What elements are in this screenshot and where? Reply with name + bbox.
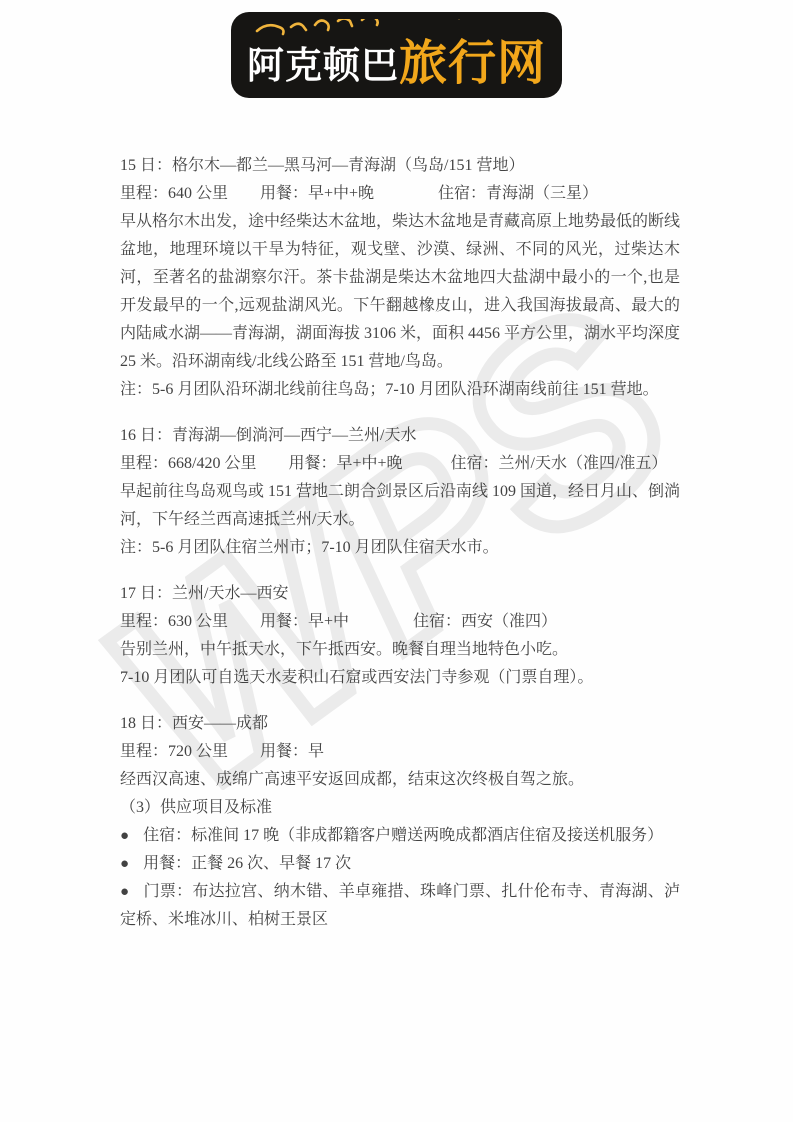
day17-title: 17 日：兰州/天水—西安 (120, 580, 680, 608)
logo-area: 阿克顿巴 旅行网 (0, 0, 793, 98)
day16-meta: 里程：668/420 公里 用餐：早+中+晚 住宿：兰州/天水（准四/准五） (120, 450, 680, 478)
day15-meta: 里程：640 公里 用餐：早+中+晚 住宿：青海湖（三星） (120, 180, 680, 208)
document-page: WPS 阿克顿巴 旅行网 15 日：格尔木—都兰—黑马河—青海湖（鸟岛/151 … (0, 0, 793, 1122)
day18-meta: 里程：720 公里 用餐：早 (120, 738, 680, 766)
bullet-icon: ● (120, 828, 129, 844)
supply-item-meals-text: 用餐：正餐 26 次、早餐 17 次 (143, 855, 351, 872)
supply-item-tickets-text: 门票：布达拉宫、纳木错、羊卓雍措、珠峰门票、扎什伦布寺、青海湖、泸定桥、米堆冰川… (120, 883, 680, 928)
supply-item-meals: ● 用餐：正餐 26 次、早餐 17 次 (120, 850, 680, 878)
itinerary-content: 15 日：格尔木—都兰—黑马河—青海湖（鸟岛/151 营地） 里程：640 公里… (0, 98, 793, 934)
closing-remark: 经西汉高速、成绵广高速平安返回成都，结束这次终极自驾之旅。 (120, 766, 680, 794)
day16-title: 16 日：青海湖—倒淌河—西宁—兰州/天水 (120, 422, 680, 450)
bullet-icon: ● (120, 884, 129, 900)
brand-name-accent: 旅行网 (399, 39, 546, 89)
day15-note: 注：5-6 月团队沿环湖北线前往鸟岛；7-10 月团队沿环湖南线前往 151 营… (120, 376, 680, 404)
supply-item-lodging: ● 住宿：标准间 17 晚（非成都籍客户赠送两晚成都酒店住宿及接送机服务） (120, 822, 680, 850)
bullet-icon: ● (120, 856, 129, 872)
supply-item-lodging-text: 住宿：标准间 17 晚（非成都籍客户赠送两晚成都酒店住宿及接送机服务） (143, 827, 663, 844)
day17-description-line1: 告别兰州，中午抵天水，下午抵西安。晚餐自理当地特色小吃。 (120, 636, 680, 664)
day17-description-line2: 7-10 月团队可自选天水麦积山石窟或西安法门寺参观（门票自理）。 (120, 664, 680, 692)
day15-title: 15 日：格尔木—都兰—黑马河—青海湖（鸟岛/151 营地） (120, 152, 680, 180)
day18-section: 18 日：西安——成都 里程：720 公里 用餐：早 (120, 710, 680, 766)
brand-name-primary: 阿克顿巴 (247, 43, 399, 89)
day18-title: 18 日：西安——成都 (120, 710, 680, 738)
day16-note: 注：5-6 月团队住宿兰州市；7-10 月团队住宿天水市。 (120, 534, 680, 562)
day15-description: 早从格尔木出发，途中经柴达木盆地，柴达木盆地是青藏高原上地势最低的断线盆地，地理… (120, 208, 680, 376)
brand-name: 阿克顿巴 旅行网 (247, 39, 546, 89)
site-logo: 阿克顿巴 旅行网 (231, 12, 562, 98)
tibetan-script-row (247, 19, 546, 39)
day17-meta: 里程：630 公里 用餐：早+中 住宿：西安（准四） (120, 608, 680, 636)
day16-description: 早起前往鸟岛观鸟或 151 营地二朗合剑景区后沿南线 109 国道，经日月山、倒… (120, 478, 680, 534)
day15-section: 15 日：格尔木—都兰—黑马河—青海湖（鸟岛/151 营地） 里程：640 公里… (120, 152, 680, 404)
tibetan-script-icon (253, 19, 483, 39)
supply-item-tickets: ● 门票：布达拉宫、纳木错、羊卓雍措、珠峰门票、扎什伦布寺、青海湖、泸定桥、米堆… (120, 878, 680, 934)
day16-section: 16 日：青海湖—倒淌河—西宁—兰州/天水 里程：668/420 公里 用餐：早… (120, 422, 680, 562)
supply-section-heading: （3）供应项目及标准 (120, 794, 680, 822)
day17-section: 17 日：兰州/天水—西安 里程：630 公里 用餐：早+中 住宿：西安（准四）… (120, 580, 680, 692)
